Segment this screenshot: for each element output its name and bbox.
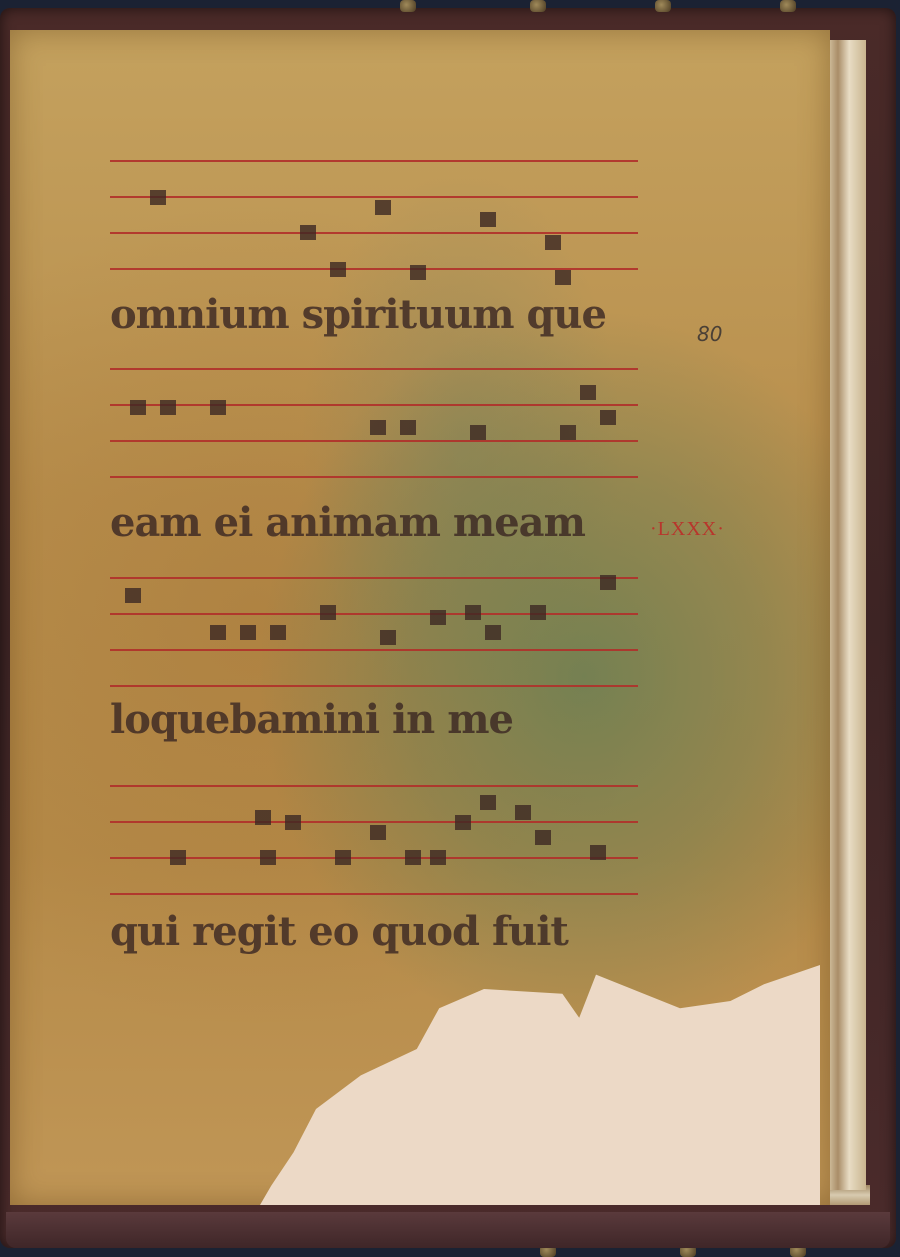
neume-note [335,850,351,865]
binding-stud [400,0,416,12]
staff-line [110,232,638,234]
neume-note [210,400,226,415]
neume-note [405,850,421,865]
neume-note [255,810,271,825]
neume-note [300,225,316,240]
neume-note [150,190,166,205]
neume-note [485,625,501,640]
binding-stud [780,0,796,12]
neume-note [210,625,226,640]
neume-note [535,830,551,845]
neume-note [465,605,481,620]
neume-note [600,575,616,590]
staff-line [110,476,638,478]
neume-note [370,825,386,840]
neume-note [590,845,606,860]
staff-line [110,368,638,370]
neume-note [125,588,141,603]
lyric-line-4: qui regit eo quod fuit [110,912,630,952]
staff-line [110,613,638,615]
neume-note [320,605,336,620]
lyric-line-2: eam ei animam meam [110,503,630,543]
neume-note [470,425,486,440]
binding-edge-bottom [6,1212,890,1248]
staff-line [110,404,638,406]
staff-line [110,649,638,651]
neume-note [330,262,346,277]
binding-stud [655,0,671,12]
neume-note [430,850,446,865]
staff-line [110,821,638,823]
staff-1 [110,160,638,270]
neume-note [370,420,386,435]
staff-line [110,685,638,687]
neume-note [560,425,576,440]
neume-note [580,385,596,400]
staff-line [110,785,638,787]
staff-3 [110,577,638,687]
neume-note [430,610,446,625]
neume-note [480,212,496,227]
neume-note [455,815,471,830]
neume-note [380,630,396,645]
staff-line [110,577,638,579]
rubric-folio-number: ·LXXX· [650,518,725,541]
binding-stud [530,0,546,12]
lyric-line-1: omnium spirituum que [110,295,630,335]
neume-note [260,850,276,865]
lyric-line-3: loquebamini in me [110,700,630,740]
neume-note [400,420,416,435]
neume-note [170,850,186,865]
staff-line [110,196,638,198]
neume-note [555,270,571,285]
staff-line [110,857,638,859]
neume-note [130,400,146,415]
staff-line [110,160,638,162]
neume-note [600,410,616,425]
neume-note [270,625,286,640]
staff-4 [110,785,638,895]
neume-note [530,605,546,620]
neume-note [375,200,391,215]
pencil-folio-number: 80 [697,322,722,346]
staff-line [110,440,638,442]
neume-note [480,795,496,810]
staff-line [110,893,638,895]
neume-note [240,625,256,640]
neume-note [410,265,426,280]
neume-note [545,235,561,250]
neume-note [160,400,176,415]
neume-note [515,805,531,820]
neume-note [285,815,301,830]
